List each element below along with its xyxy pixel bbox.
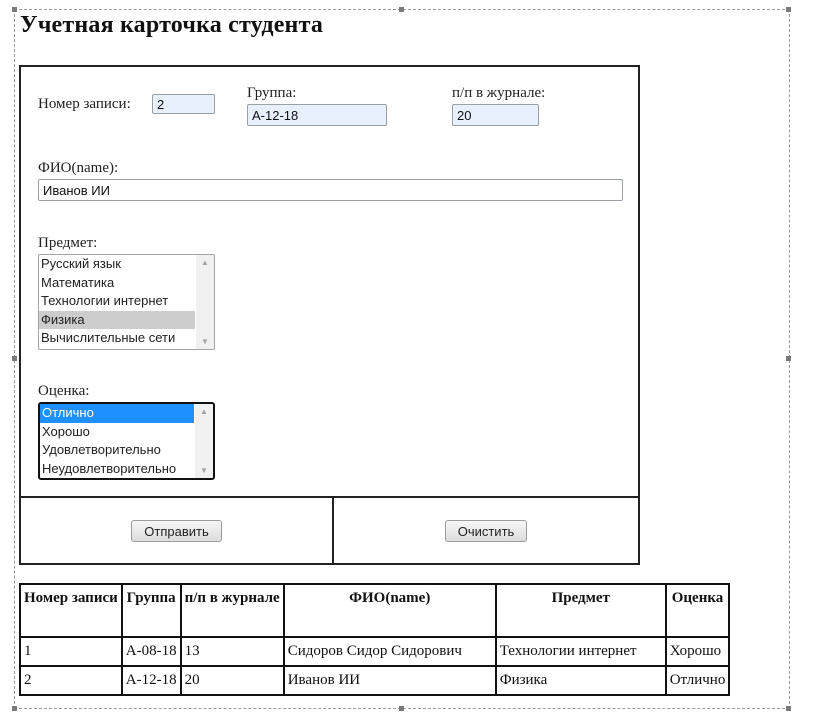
cell-grade: Хорошо [666,637,730,666]
table-row: 2 А-12-18 20 Иванов ИИ Физика Отлично [20,666,729,695]
column-header-journal-number: п/п в журнале [181,584,284,637]
column-header-grade: Оценка [666,584,730,637]
resize-handle-top[interactable] [399,7,404,12]
resize-handle-bottom[interactable] [399,706,404,711]
subject-option[interactable]: Технологии интернет [39,292,195,311]
cell-journal-number: 13 [181,637,284,666]
name-input[interactable] [38,179,623,201]
records-table: Номер записи Группа п/п в журнале ФИО(na… [19,583,730,696]
cell-record-number: 1 [20,637,122,666]
cell-subject: Физика [496,666,666,695]
group-label: Группа: [247,85,296,102]
submit-button[interactable]: Отправить [131,520,222,542]
column-header-name: ФИО(name) [284,584,496,637]
student-form: Номер записи: Группа: п/п в журнале: ФИО… [19,65,640,565]
resize-handle-top-right[interactable] [786,7,791,12]
clear-button[interactable]: Очистить [445,520,527,542]
subject-option[interactable]: Вычислительные сети [39,329,195,348]
scroll-up-arrow-icon[interactable]: ▲ [196,258,214,267]
scroll-down-arrow-icon[interactable]: ▼ [196,337,214,346]
subject-option[interactable]: Русский язык [39,255,195,274]
cell-name: Иванов ИИ [284,666,496,695]
subject-label: Предмет: [38,235,97,252]
cell-name: Сидоров Сидор Сидорович [284,637,496,666]
table-header-row: Номер записи Группа п/п в журнале ФИО(na… [20,584,729,637]
resize-handle-bottom-right[interactable] [786,706,791,711]
resize-handle-right[interactable] [786,356,791,361]
resize-handle-bottom-left[interactable] [12,706,17,711]
resize-handle-left[interactable] [12,356,17,361]
subject-option[interactable]: Математика [39,274,195,293]
column-header-subject: Предмет [496,584,666,637]
cell-record-number: 2 [20,666,122,695]
journal-number-input[interactable] [452,104,539,126]
grade-label: Оценка: [38,383,89,400]
table-row: 1 А-08-18 13 Сидоров Сидор Сидорович Тех… [20,637,729,666]
column-header-record-number: Номер записи [20,584,122,637]
subject-scrollbar[interactable]: ▲ ▼ [196,255,214,349]
journal-number-label: п/п в журнале: [452,85,545,102]
subject-listbox[interactable]: Русский язык Математика Технологии интер… [38,254,215,350]
group-input[interactable] [247,104,387,126]
grade-option[interactable]: Хорошо [40,423,194,442]
cell-grade: Отлично [666,666,730,695]
grade-option[interactable]: Неудовлетворительно [40,460,194,479]
resize-handle-top-left[interactable] [12,7,17,12]
page-title: Учетная карточка студента [20,12,323,39]
subject-option-selected[interactable]: Физика [39,311,195,330]
record-number-input[interactable] [152,94,215,114]
scroll-down-arrow-icon[interactable]: ▼ [195,466,213,475]
cell-journal-number: 20 [181,666,284,695]
actions-divider [332,498,334,565]
grade-option[interactable]: Удовлетворительно [40,441,194,460]
record-number-label: Номер записи: [38,96,131,113]
scroll-up-arrow-icon[interactable]: ▲ [195,407,213,416]
column-header-group: Группа [122,584,181,637]
form-fields-section: Номер записи: Группа: п/п в журнале: ФИО… [21,67,638,496]
cell-subject: Технологии интернет [496,637,666,666]
grade-option-selected[interactable]: Отлично [40,404,194,423]
cell-group: А-12-18 [122,666,181,695]
grade-scrollbar[interactable]: ▲ ▼ [195,404,213,478]
cell-group: А-08-18 [122,637,181,666]
name-label: ФИО(name): [38,160,118,177]
grade-listbox[interactable]: Отлично Хорошо Удовлетворительно Неудовл… [38,402,215,480]
form-actions-section: Отправить Очистить [21,496,638,563]
